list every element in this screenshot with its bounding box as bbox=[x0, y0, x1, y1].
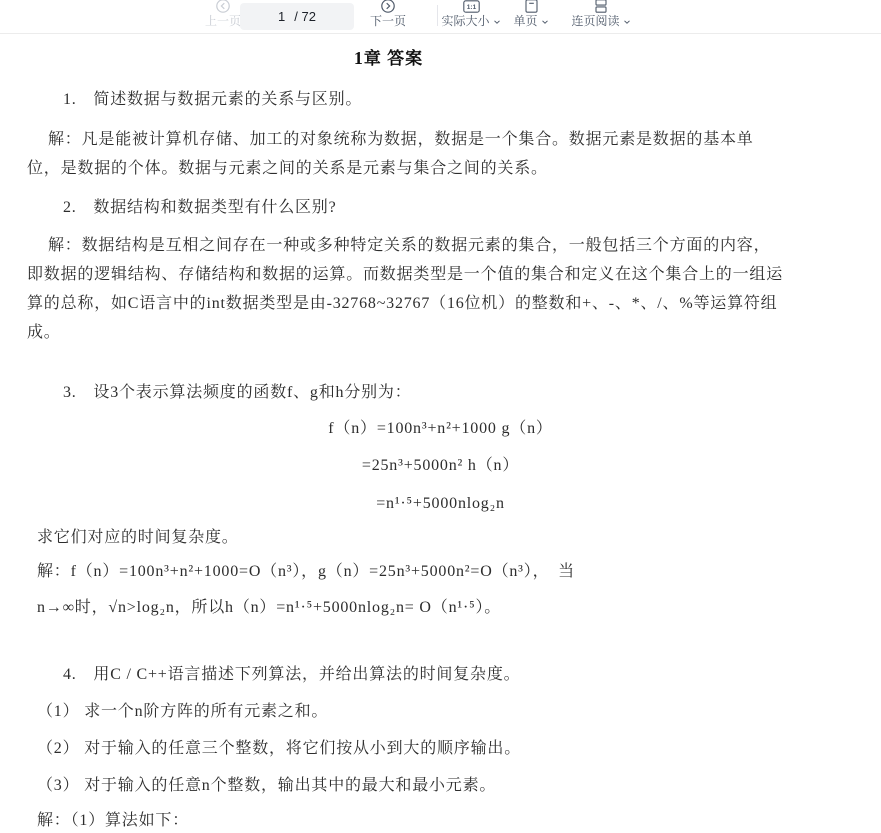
chapter-title-text: 章 答案 bbox=[364, 49, 423, 68]
answer-2-line-4: 成。 bbox=[27, 318, 854, 347]
answer-1-line-1: 解：凡是能被计算机存储、加工的对象统称为数据，数据是一个集合。数据元素是数据的基… bbox=[27, 125, 854, 154]
document-page: 1章 答案 1. 简述数据与数据元素的关系与区别。 解：凡是能被计算机存储、加工… bbox=[0, 46, 881, 833]
question-2: 2. 数据结构和数据类型有什么区别? bbox=[27, 193, 854, 222]
actual-size-button[interactable]: 1:1 实际大小 bbox=[442, 0, 500, 29]
answer-3-line-1: 解：f（n）=100n³+n²+1000=O（n³），g（n）=25n³+500… bbox=[27, 557, 854, 586]
question-4-subitem-3: （3） 对于输入的任意n个整数，输出其中的最大和最小元素。 bbox=[27, 771, 854, 800]
page-title: 1章 答案 bbox=[0, 46, 802, 70]
page-indicator[interactable]: 1 / 72 bbox=[240, 3, 354, 30]
one-to-one-zoom-icon: 1:1 bbox=[463, 0, 480, 13]
formula-f-n: f（n）=100n³+n²+1000 g（n） bbox=[27, 414, 854, 443]
chevron-down-icon bbox=[541, 19, 549, 25]
answer-4-intro: 解：（1）算法如下： bbox=[27, 806, 854, 833]
viewer-toolbar: 上一页 1 / 72 下一页 1:1 实际大小 bbox=[0, 0, 881, 34]
single-page-icon bbox=[525, 0, 538, 13]
chevron-down-icon bbox=[623, 19, 631, 25]
question-3: 3. 设3个表示算法频度的函数f、g和h分别为： bbox=[27, 378, 854, 407]
single-page-label: 单页 bbox=[513, 14, 537, 29]
continuous-read-button[interactable]: 连页阅读 bbox=[568, 0, 634, 29]
formula-g-n: =25n³+5000n² h（n） bbox=[27, 451, 854, 480]
question-3-prompt: 求它们对应的时间复杂度。 bbox=[27, 523, 854, 552]
answer-2-line-2: 即数据的逻辑结构、存储结构和数据的运算。而数据类型是一个值的集合和定义在这个集合… bbox=[27, 260, 854, 289]
question-4: 4. 用C / C++语言描述下列算法，并给出算法的时间复杂度。 bbox=[27, 660, 854, 689]
page-total-label: / 72 bbox=[294, 9, 316, 24]
next-page-button[interactable]: 下一页 bbox=[365, 0, 411, 29]
prev-page-label: 上一页 bbox=[205, 14, 241, 29]
formula-h-n: =n¹·⁵+5000nlog₂n bbox=[27, 489, 854, 518]
circle-arrow-left-icon bbox=[216, 0, 230, 13]
question-4-subitem-1: （1） 求一个n阶方阵的所有元素之和。 bbox=[27, 697, 854, 726]
question-4-subitem-2: （2） 对于输入的任意三个整数，将它们按从小到大的顺序输出。 bbox=[27, 734, 854, 763]
chapter-number: 1 bbox=[354, 48, 364, 68]
answer-3-line-2: n→∞时，√n>log₂n，所以h（n）=n¹·⁵+5000nlog₂n= O（… bbox=[27, 593, 854, 622]
single-page-button[interactable]: 单页 bbox=[508, 0, 554, 29]
question-1: 1. 简述数据与数据元素的关系与区别。 bbox=[27, 85, 854, 114]
answer-2-line-1: 解：数据结构是互相之间存在一种或多种特定关系的数据元素的集合，一般包括三个方面的… bbox=[27, 231, 854, 260]
page-number-input[interactable]: 1 bbox=[278, 9, 285, 24]
chevron-down-icon bbox=[493, 19, 501, 25]
next-page-label: 下一页 bbox=[370, 14, 406, 29]
circle-arrow-right-icon bbox=[381, 0, 395, 13]
continuous-read-label: 连页阅读 bbox=[571, 14, 619, 29]
answer-1-line-2: 位，是数据的个体。数据与元素之间的关系是元素与集合之间的关系。 bbox=[27, 154, 854, 183]
svg-text:1:1: 1:1 bbox=[466, 4, 476, 11]
actual-size-label: 实际大小 bbox=[442, 14, 490, 29]
answer-2-line-3: 算的总称，如C语言中的int数据类型是由-32768~32767（16位机）的整… bbox=[27, 289, 854, 318]
stacked-pages-icon bbox=[594, 0, 608, 13]
toolbar-divider bbox=[437, 5, 438, 26]
